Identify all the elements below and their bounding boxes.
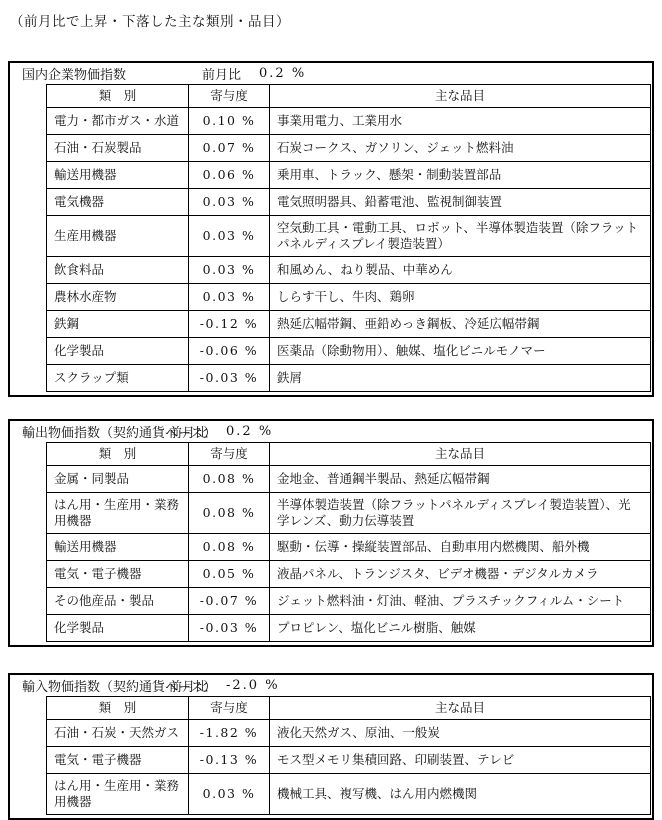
table-title-row: 国内企業物価指数 前月比 0.2 % bbox=[10, 63, 652, 84]
table-box-import-price-index: 輸入物価指数（契約通貨ベース） 前月比 -2.0 % 類 別 寄与度 主な品目 … bbox=[8, 673, 654, 820]
contribution-cell: -0.07 % bbox=[189, 588, 270, 615]
table-row: 輸送用機器0.08 %駆動・伝導・操縦装置部品、自動車用内燃機関、船外機 bbox=[47, 534, 651, 561]
table-row: スクラップ類-0.03 %鉄屑 bbox=[47, 365, 651, 392]
document-page: （前月比で上昇・下落した主な類別・品目） 国内企業物価指数 前月比 0.2 % … bbox=[0, 0, 662, 820]
category-cell: 金属・同製品 bbox=[47, 466, 189, 493]
table-row: 石油・石炭製品0.07 %石炭コークス、ガソリン、ジェット燃料油 bbox=[47, 135, 651, 162]
table-row: 石油・石炭・天然ガス-1.82 %液化天然ガス、原油、一般炭 bbox=[47, 720, 651, 747]
header-category: 類 別 bbox=[47, 85, 189, 108]
category-cell: 化学製品 bbox=[47, 338, 189, 365]
mom-label: 前月比 bbox=[169, 422, 208, 441]
table-box-domestic-cgpi: 国内企業物価指数 前月比 0.2 % 類 別 寄与度 主な品目 電力・都市ガス・… bbox=[8, 61, 654, 397]
contribution-cell: -1.82 % bbox=[189, 720, 270, 747]
contribution-cell: -0.06 % bbox=[189, 338, 270, 365]
page-title: （前月比で上昇・下落した主な類別・品目） bbox=[10, 10, 662, 30]
header-row: 類 別 寄与度 主な品目 bbox=[47, 443, 651, 466]
category-cell: 電力・都市ガス・水道 bbox=[47, 108, 189, 135]
contribution-cell: 0.03 % bbox=[189, 257, 270, 284]
table-row: 農林水産物0.03 %しらす干し、牛肉、鶏卵 bbox=[47, 284, 651, 311]
header-contribution: 寄与度 bbox=[189, 697, 270, 720]
items-cell: 熱延広幅帯鋼、亜鉛めっき鋼板、冷延広幅帯鋼 bbox=[270, 311, 651, 338]
category-cell: はん用・生産用・業務用機器 bbox=[47, 774, 189, 815]
header-row: 類 別 寄与度 主な品目 bbox=[47, 697, 651, 720]
category-cell: 電気機器 bbox=[47, 189, 189, 216]
price-table: 類 別 寄与度 主な品目 電力・都市ガス・水道0.10 %事業用電力、工業用水 … bbox=[46, 84, 651, 392]
category-cell: 輸送用機器 bbox=[47, 534, 189, 561]
table-row: 電気機器0.03 %電気照明器具、鉛蓄電池、監視制御装置 bbox=[47, 189, 651, 216]
table-row: 化学製品-0.03 %プロピレン、塩化ビニル樹脂、触媒 bbox=[47, 615, 651, 642]
header-row: 類 別 寄与度 主な品目 bbox=[47, 85, 651, 108]
table-title-row: 輸出物価指数（契約通貨ベース） 前月比 0.2 % bbox=[10, 421, 652, 442]
contribution-cell: 0.03 % bbox=[189, 774, 270, 815]
category-cell: 電気・電子機器 bbox=[47, 747, 189, 774]
table-row: 電気・電子機器-0.13 %モス型メモリ集積回路、印刷装置、テレビ bbox=[47, 747, 651, 774]
price-table: 類 別 寄与度 主な品目 金属・同製品0.08 %金地金、普通鋼半製品、熱延広幅… bbox=[46, 442, 651, 642]
items-cell: 駆動・伝導・操縦装置部品、自動車用内燃機関、船外機 bbox=[270, 534, 651, 561]
table-row: 電気・電子機器0.05 %液晶パネル、トランジスタ、ビデオ機器・デジタルカメラ bbox=[47, 561, 651, 588]
header-category: 類 別 bbox=[47, 697, 189, 720]
items-cell: ジェット燃料油・灯油、軽油、プラスチックフィルム・シート bbox=[270, 588, 651, 615]
table-title-row: 輸入物価指数（契約通貨ベース） 前月比 -2.0 % bbox=[10, 675, 652, 696]
category-cell: 農林水産物 bbox=[47, 284, 189, 311]
mom-label: 前月比 bbox=[169, 676, 208, 695]
table-row: 輸送用機器0.06 %乗用車、トラック、懸架・制動装置部品 bbox=[47, 162, 651, 189]
header-items: 主な品目 bbox=[270, 85, 651, 108]
price-table: 類 別 寄与度 主な品目 石油・石炭・天然ガス-1.82 %液化天然ガス、原油、… bbox=[46, 696, 651, 815]
items-cell: 半導体製造装置（除フラットパネルディスプレイ製造装置）、光学レンズ、動力伝導装置 bbox=[270, 493, 651, 534]
items-cell: 和風めん、ねり製品、中華めん bbox=[270, 257, 651, 284]
items-cell: 石炭コークス、ガソリン、ジェット燃料油 bbox=[270, 135, 651, 162]
contribution-cell: 0.03 % bbox=[189, 284, 270, 311]
table-row: 鉄鋼-0.12 %熱延広幅帯鋼、亜鉛めっき鋼板、冷延広幅帯鋼 bbox=[47, 311, 651, 338]
items-cell: 金地金、普通鋼半製品、熱延広幅帯鋼 bbox=[270, 466, 651, 493]
table-row: 生産用機器0.03 %空気動工具・電動工具、ロボット、半導体製造装置（除フラット… bbox=[47, 216, 651, 257]
items-cell: 鉄屑 bbox=[270, 365, 651, 392]
table-row: その他産品・製品-0.07 %ジェット燃料油・灯油、軽油、プラスチックフィルム・… bbox=[47, 588, 651, 615]
contribution-cell: -0.13 % bbox=[189, 747, 270, 774]
header-contribution: 寄与度 bbox=[189, 443, 270, 466]
mom-label: 前月比 bbox=[202, 64, 241, 83]
contribution-cell: 0.08 % bbox=[189, 466, 270, 493]
header-items: 主な品目 bbox=[270, 443, 651, 466]
category-cell: 飲食料品 bbox=[47, 257, 189, 284]
category-cell: 石油・石炭・天然ガス bbox=[47, 720, 189, 747]
category-cell: 生産用機器 bbox=[47, 216, 189, 257]
items-cell: モス型メモリ集積回路、印刷装置、テレビ bbox=[270, 747, 651, 774]
header-category: 類 別 bbox=[47, 443, 189, 466]
items-cell: 液晶パネル、トランジスタ、ビデオ機器・デジタルカメラ bbox=[270, 561, 651, 588]
category-cell: その他産品・製品 bbox=[47, 588, 189, 615]
items-cell: 電気照明器具、鉛蓄電池、監視制御装置 bbox=[270, 189, 651, 216]
items-cell: 液化天然ガス、原油、一般炭 bbox=[270, 720, 651, 747]
table-box-export-price-index: 輸出物価指数（契約通貨ベース） 前月比 0.2 % 類 別 寄与度 主な品目 金… bbox=[8, 419, 654, 647]
contribution-cell: 0.03 % bbox=[189, 189, 270, 216]
contribution-cell: -0.03 % bbox=[189, 615, 270, 642]
header-items: 主な品目 bbox=[270, 697, 651, 720]
table-row: 飲食料品0.03 %和風めん、ねり製品、中華めん bbox=[47, 257, 651, 284]
category-cell: 化学製品 bbox=[47, 615, 189, 642]
category-cell: スクラップ類 bbox=[47, 365, 189, 392]
items-cell: プロピレン、塩化ビニル樹脂、触媒 bbox=[270, 615, 651, 642]
mom-value: -2.0 % bbox=[226, 678, 280, 693]
items-cell: しらす干し、牛肉、鶏卵 bbox=[270, 284, 651, 311]
index-name: 国内企業物価指数 bbox=[22, 64, 202, 83]
contribution-cell: 0.06 % bbox=[189, 162, 270, 189]
category-cell: 輸送用機器 bbox=[47, 162, 189, 189]
table-row: はん用・生産用・業務用機器0.08 %半導体製造装置（除フラットパネルディスプレ… bbox=[47, 493, 651, 534]
table-row: 電力・都市ガス・水道0.10 %事業用電力、工業用水 bbox=[47, 108, 651, 135]
contribution-cell: 0.07 % bbox=[189, 135, 270, 162]
table-row: 化学製品-0.06 %医薬品（除動物用）、触媒、塩化ビニルモノマー bbox=[47, 338, 651, 365]
contribution-cell: 0.10 % bbox=[189, 108, 270, 135]
index-name: 輸出物価指数（契約通貨ベース） bbox=[22, 422, 169, 441]
contribution-cell: 0.08 % bbox=[189, 493, 270, 534]
contribution-cell: -0.03 % bbox=[189, 365, 270, 392]
mom-value: 0.2 % bbox=[259, 66, 306, 81]
contribution-cell: 0.03 % bbox=[189, 216, 270, 257]
items-cell: 機械工具、複写機、はん用内燃機関 bbox=[270, 774, 651, 815]
items-cell: 医薬品（除動物用）、触媒、塩化ビニルモノマー bbox=[270, 338, 651, 365]
items-cell: 空気動工具・電動工具、ロボット、半導体製造装置（除フラットパネルディスプレイ製造… bbox=[270, 216, 651, 257]
contribution-cell: 0.05 % bbox=[189, 561, 270, 588]
category-cell: はん用・生産用・業務用機器 bbox=[47, 493, 189, 534]
contribution-cell: -0.12 % bbox=[189, 311, 270, 338]
category-cell: 鉄鋼 bbox=[47, 311, 189, 338]
table-row: はん用・生産用・業務用機器0.03 %機械工具、複写機、はん用内燃機関 bbox=[47, 774, 651, 815]
category-cell: 石油・石炭製品 bbox=[47, 135, 189, 162]
category-cell: 電気・電子機器 bbox=[47, 561, 189, 588]
items-cell: 事業用電力、工業用水 bbox=[270, 108, 651, 135]
index-name: 輸入物価指数（契約通貨ベース） bbox=[22, 676, 169, 695]
items-cell: 乗用車、トラック、懸架・制動装置部品 bbox=[270, 162, 651, 189]
mom-value: 0.2 % bbox=[226, 424, 273, 439]
table-row: 金属・同製品0.08 %金地金、普通鋼半製品、熱延広幅帯鋼 bbox=[47, 466, 651, 493]
contribution-cell: 0.08 % bbox=[189, 534, 270, 561]
header-contribution: 寄与度 bbox=[189, 85, 270, 108]
